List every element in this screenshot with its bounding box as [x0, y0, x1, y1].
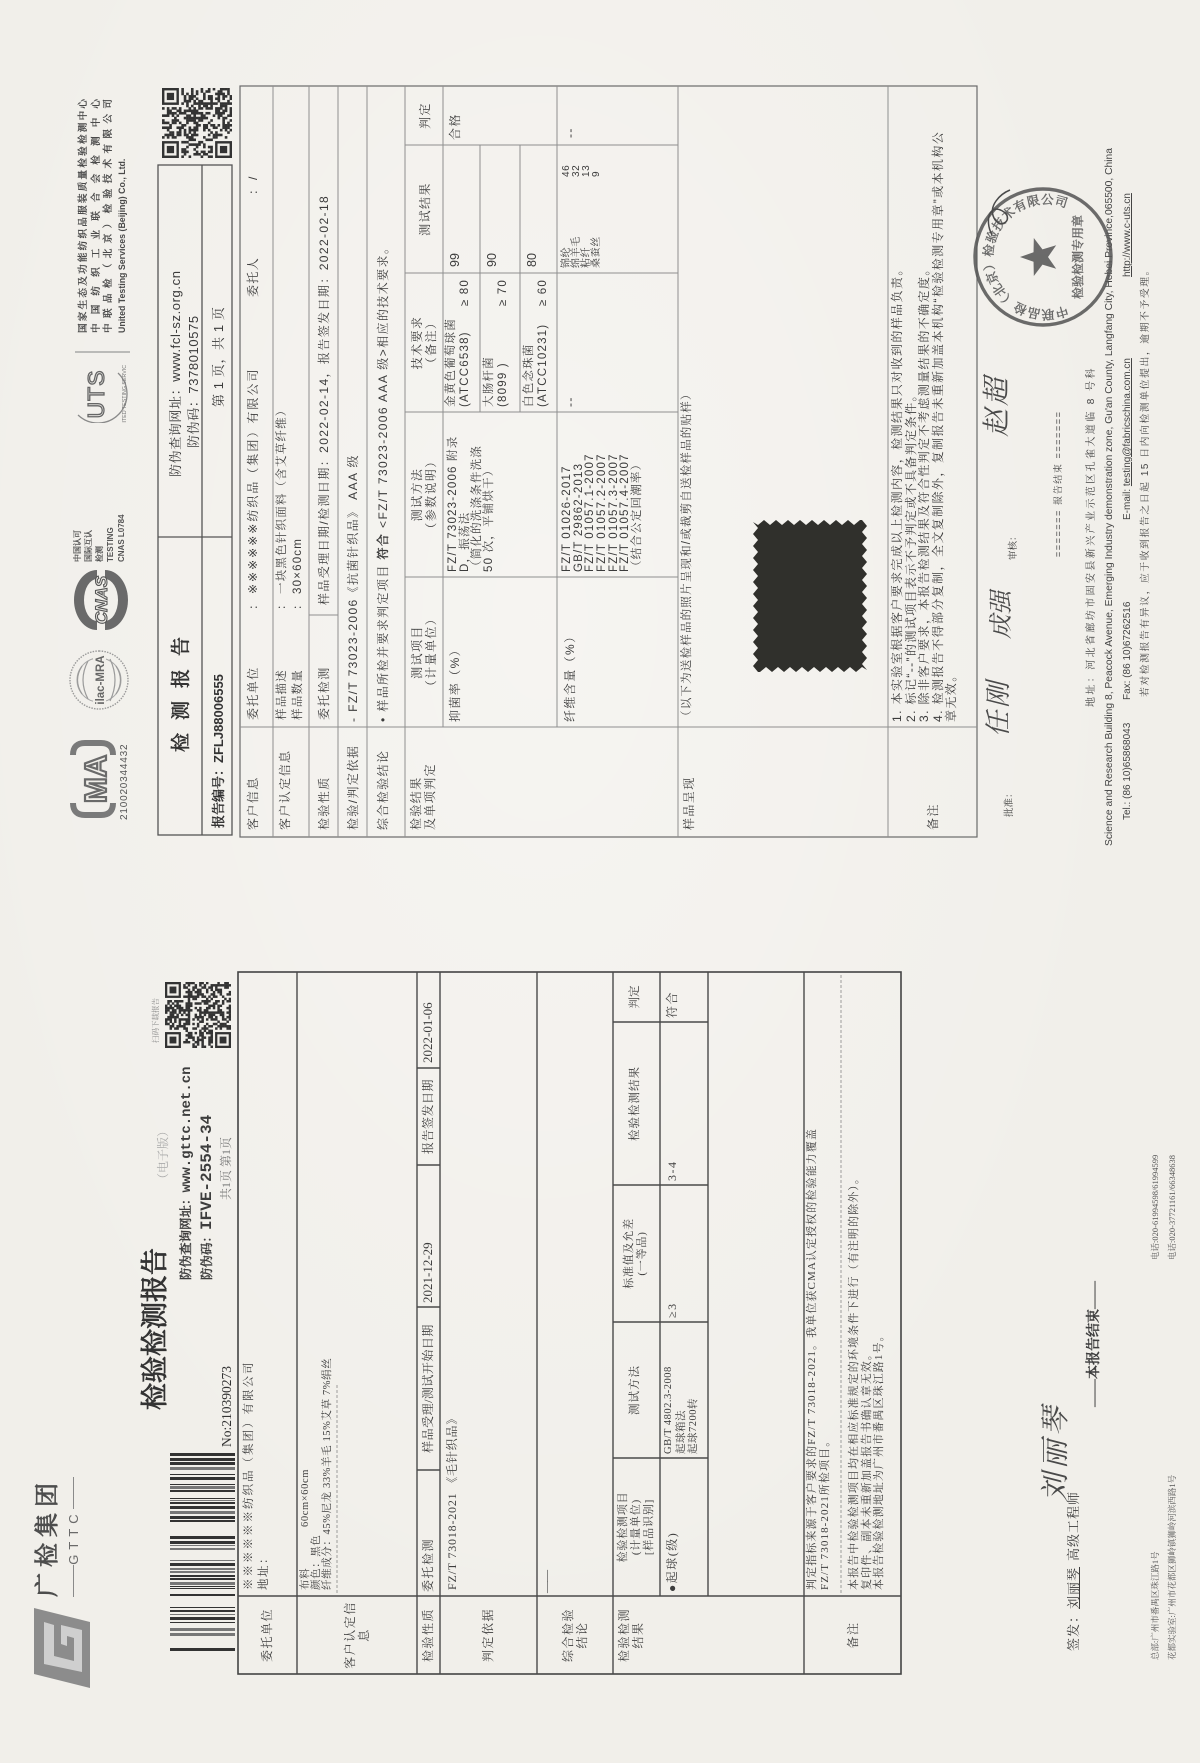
qr-module	[188, 1014, 190, 1016]
qr-module	[193, 107, 196, 110]
divider	[73, 1477, 74, 1509]
qr-module	[203, 95, 206, 98]
qr-module	[203, 143, 206, 146]
qr-module	[189, 107, 192, 110]
address-cn: 地址：河北省廊坊市固安县新兴产业示范区孔雀大道临 8 号科	[1086, 366, 1098, 707]
method-line: GB/T 4802.3-2008	[663, 1366, 676, 1454]
qr-module	[215, 995, 217, 997]
qr-module	[167, 1002, 169, 1004]
qr-module	[220, 989, 222, 991]
method-line: 50 次，平铺烘干）	[483, 436, 495, 572]
qr-module	[179, 134, 182, 137]
qr-module	[185, 1039, 187, 1041]
qr-module	[201, 986, 203, 988]
qr-module	[162, 119, 165, 122]
qr-module	[185, 1014, 187, 1016]
qr-module	[179, 129, 182, 132]
qr-module	[204, 995, 206, 997]
qr-module	[184, 151, 187, 154]
barcode-bar	[170, 1458, 235, 1461]
qr-module	[225, 124, 228, 127]
client-person: /	[246, 175, 260, 180]
qr-module	[174, 122, 177, 125]
qr-module	[215, 1018, 217, 1020]
qr-module	[172, 1016, 174, 1018]
qr-module	[215, 1027, 217, 1029]
qr-module	[181, 126, 184, 129]
qr-module	[204, 1009, 206, 1011]
qr-module	[230, 110, 232, 113]
qr-module	[203, 124, 206, 127]
qr-module	[208, 138, 211, 141]
qr-module	[213, 1002, 215, 1004]
requirement-organism: 大肠杆菌 (8099 )≥ 70	[483, 279, 510, 407]
qr-module	[230, 114, 232, 117]
qr-module	[179, 1007, 181, 1009]
qr-module	[191, 143, 194, 146]
qr-module	[222, 1016, 224, 1018]
edition-label: （电子版）	[156, 1125, 170, 1185]
qr-module	[197, 1002, 199, 1004]
qr-module	[217, 1007, 219, 1009]
anti-fake-url-line: 防伪查询网址：www.gttc.net.cn	[179, 1066, 196, 1280]
qr-module	[217, 991, 219, 993]
qr-module	[169, 112, 172, 115]
qr-module	[222, 117, 225, 120]
qr-module	[220, 1005, 222, 1007]
qr-module	[179, 1009, 181, 1011]
qr-module	[179, 122, 182, 125]
gttc-logo-icon	[34, 1608, 92, 1688]
qr-module	[224, 986, 226, 988]
item-pilling: ●起球(级)	[665, 1532, 679, 1592]
qr-module	[201, 114, 204, 117]
qr-module	[170, 1014, 172, 1016]
qr-module	[197, 993, 199, 995]
item-fiber-content: 纤维含量（%）	[563, 630, 577, 722]
inspection-dates: 样品受理日期/检测日期：2022-02-14，报告签发日期：2022-02-18	[317, 195, 331, 605]
label-inspection-basis: 检验/判定依据	[346, 745, 360, 830]
label-overall-conclusion: 综合检验 结论	[561, 1596, 589, 1674]
barcode-bar	[170, 1648, 235, 1651]
qr-module	[220, 114, 223, 117]
qr-module	[176, 114, 179, 117]
qr-module	[188, 1009, 190, 1011]
qr-module	[174, 1000, 176, 1002]
organism-requirement: ≥ 80	[459, 279, 473, 306]
qr-module	[208, 1011, 210, 1013]
qr-module	[208, 1000, 210, 1002]
qr-module	[189, 143, 192, 146]
qr-module	[211, 1025, 213, 1027]
qr-module	[201, 117, 204, 120]
qr-module	[191, 90, 194, 93]
qr-module	[203, 129, 206, 132]
anti-fake-code: IFVE-2554-34	[198, 1115, 216, 1230]
approve-signature: 任刚	[984, 679, 1015, 737]
qr-module	[170, 1025, 172, 1027]
qr-module	[189, 129, 192, 132]
qr-module	[201, 90, 204, 93]
qr-module	[208, 95, 211, 98]
qr-module	[188, 991, 190, 993]
qr-module	[190, 1036, 192, 1038]
org-name-line-en: United Testing Services (Beijing) Co., L…	[116, 99, 129, 333]
header-line: [样品识别]	[643, 1458, 656, 1596]
qr-module	[172, 1014, 174, 1016]
qr-module	[169, 131, 172, 134]
qr-module	[220, 107, 223, 110]
qr-module	[172, 1011, 174, 1013]
qr-module	[193, 148, 196, 151]
qr-module	[220, 1023, 222, 1025]
sample-desc: 一块黑色针织面料（含艾草纤维）	[276, 404, 290, 595]
note-line: 判定指标来源于客户要求的FZ/T 73018-2021。我单位获CMA认定授权的…	[806, 1128, 819, 1590]
qr-module	[197, 1041, 199, 1043]
qr-module	[229, 993, 231, 995]
qr-module	[211, 1032, 213, 1034]
qr-module	[184, 97, 187, 100]
qr-module	[186, 119, 189, 122]
qr-finder	[170, 987, 177, 994]
qr-module	[213, 114, 216, 117]
qr-module	[183, 986, 185, 988]
qr-module	[199, 1032, 201, 1034]
qr-module	[229, 1018, 231, 1020]
qr-module	[205, 90, 208, 93]
qr-module	[215, 131, 218, 134]
qr-module	[218, 97, 221, 100]
qr-module	[192, 1036, 194, 1038]
barcode-bar	[170, 1586, 235, 1587]
note-line: 本报告检验检测地址为广州市番禺区珠江路1号。	[873, 1172, 886, 1590]
qr-module	[186, 102, 189, 105]
qr-module	[222, 95, 225, 98]
qr-module	[193, 138, 196, 141]
qr-module	[199, 982, 201, 984]
qr-module	[167, 136, 170, 139]
report-number: ZFLJ88006555	[211, 674, 226, 763]
qr-module	[184, 124, 187, 127]
qr-module	[208, 986, 210, 988]
qr-module	[210, 131, 213, 134]
qr-module	[185, 1041, 187, 1043]
qr-module	[169, 134, 172, 137]
qr-module	[204, 984, 206, 986]
brand-name: 广检集团	[34, 1477, 63, 1597]
qr-module	[222, 1025, 224, 1027]
inspection-nature: 委托检测	[421, 1538, 435, 1592]
qr-module	[167, 122, 170, 125]
qr-finder	[170, 1037, 177, 1044]
qr-module	[227, 124, 230, 127]
qr-module	[196, 153, 199, 156]
qr-module	[218, 93, 221, 96]
label-sample-info: 客户认定信 息	[343, 1596, 371, 1674]
organization-name-block: 国家生态及功能纺织品服装质量检验检测中心 中国纺织工业联合会检测中心 中联品检（…	[78, 99, 129, 333]
qr-module	[167, 114, 170, 117]
qr-module	[184, 129, 187, 132]
qr-module	[185, 1030, 187, 1032]
qr-module	[183, 1009, 185, 1011]
qr-module	[181, 155, 184, 158]
qr-module	[204, 1030, 206, 1032]
header-verdict: 判定	[418, 86, 432, 145]
header-line: （备注）	[425, 273, 439, 412]
note-line: 本报告中检验检测项目均在相应标准规定的环境条件下进行（有注明的除外）。	[848, 1172, 861, 1590]
qr-module	[208, 112, 211, 115]
qr-module	[203, 102, 206, 105]
label-client: 委托单位	[260, 1596, 274, 1674]
qr-module	[213, 991, 215, 993]
fabric-swatch-image	[753, 520, 867, 672]
qr-module	[189, 117, 192, 120]
qr-module	[199, 989, 201, 991]
qr-module	[230, 107, 232, 110]
qr-caption: 扫码下载报告	[151, 998, 160, 1043]
qr-module	[213, 124, 216, 127]
qr-module	[165, 1011, 167, 1013]
qr-module	[215, 1002, 217, 1004]
qr-module	[220, 1014, 222, 1016]
qr-module	[195, 1016, 197, 1018]
qr-module	[201, 1039, 203, 1041]
method-line: 起球箱法	[676, 1366, 689, 1454]
qr-module	[226, 993, 228, 995]
anti-fake-url: www.gttc.net.cn	[179, 1066, 195, 1192]
colon: ：	[246, 182, 260, 195]
qr-module	[192, 1043, 194, 1045]
qr-module	[189, 131, 192, 134]
qr-module	[230, 95, 232, 98]
qr-module	[201, 1043, 203, 1045]
qr-module	[181, 112, 184, 115]
qr-module	[193, 153, 196, 156]
qr-module	[196, 93, 199, 96]
qr-module	[184, 148, 187, 151]
qr-module	[190, 1002, 192, 1004]
header-result: 检验检测结果	[629, 1022, 643, 1185]
qr-module	[205, 138, 208, 141]
qr-module	[208, 97, 211, 100]
organism-strain-row: (8099 )≥ 70	[497, 279, 511, 407]
qr-module	[185, 1009, 187, 1011]
qr-module	[192, 982, 194, 984]
qr-module	[206, 1018, 208, 1020]
seal-star-icon	[1020, 238, 1056, 276]
qr-module	[172, 112, 175, 115]
qr-module	[218, 114, 221, 117]
qr-module	[204, 1046, 206, 1048]
qr-module	[201, 151, 204, 154]
method-line: （简化的洗涤条件洗涤	[471, 436, 483, 572]
qr-module	[203, 146, 206, 149]
label-line: 息	[357, 1596, 371, 1674]
qr-module	[170, 1018, 172, 1020]
ilac-mark: ilac-MRA	[95, 655, 107, 704]
qr-module	[167, 1009, 169, 1011]
cnas-text-line: 检测	[94, 514, 105, 562]
qr-module	[188, 1020, 190, 1022]
qr-module	[185, 1005, 187, 1007]
report-number-label: 报告编号：	[211, 763, 226, 828]
qr-module	[181, 151, 184, 154]
qr-module	[208, 122, 211, 125]
qr-module	[192, 1039, 194, 1041]
qr-module	[226, 1011, 228, 1013]
qr-module	[217, 1005, 219, 1007]
qr-module	[226, 1020, 228, 1022]
cma-bracket	[73, 803, 113, 815]
qr-module	[215, 1023, 217, 1025]
issue-date: 2022-01-06	[420, 1002, 436, 1063]
qr-module	[195, 1007, 197, 1009]
qr-module	[183, 1041, 185, 1043]
qr-module	[198, 143, 201, 146]
qr-module	[170, 1007, 172, 1009]
qr-module	[197, 1036, 199, 1038]
verdict-fiber: --	[563, 127, 577, 138]
barcode-bar	[170, 1628, 235, 1631]
qr-module	[195, 995, 197, 997]
qr-module	[193, 119, 196, 122]
label-sample-info: 客户认定信息	[278, 750, 292, 830]
uts-mark: UTS	[83, 370, 109, 419]
qr-module	[227, 90, 230, 93]
qr-module	[176, 126, 179, 129]
qr-module	[192, 989, 194, 991]
qr-module	[218, 124, 221, 127]
qr-module	[174, 117, 177, 120]
footer-address: 花都实验室:广州市花都区狮岭镇狮岭河滨西路1号	[1167, 1475, 1177, 1660]
footer-phone: 电话:020-61994598/61994599	[1150, 1155, 1160, 1260]
label-inspection-nature: 检验性质	[317, 776, 331, 830]
qr-module	[230, 97, 232, 100]
qr-module	[181, 124, 184, 127]
client-unit-label: 委托单位	[246, 666, 260, 720]
qr-module	[191, 93, 194, 96]
qr-module	[215, 102, 218, 105]
qr-finder	[220, 1037, 227, 1044]
footer-email-label: E-mail:	[1122, 486, 1133, 520]
report-title: 检验检测报告	[139, 1248, 171, 1410]
qr-module	[183, 1025, 185, 1027]
qr-module	[172, 122, 175, 125]
qr-module	[206, 1032, 208, 1034]
qr-module	[165, 1005, 167, 1007]
method-line: FZ/T 73023-2006 附录	[447, 436, 459, 572]
qr-module	[208, 107, 211, 110]
qr-module	[185, 986, 187, 988]
qr-module	[176, 1002, 178, 1004]
anti-fake-url-label: 防伪查询网址：	[179, 1192, 193, 1280]
sample-desc-label: 样品描述	[276, 669, 290, 720]
qr-module	[188, 1002, 190, 1004]
qr-module	[220, 102, 223, 105]
qr-module	[220, 90, 223, 93]
header-line: （计量单位）	[425, 577, 439, 727]
barcode-bar	[170, 1588, 235, 1589]
qr-module	[189, 138, 192, 141]
qr-module	[230, 119, 232, 122]
qr-module	[193, 102, 196, 105]
qr-module	[196, 102, 199, 105]
qr-module	[170, 1020, 172, 1022]
barcode-bar	[170, 1622, 235, 1623]
header-line: 测试项目	[411, 577, 425, 727]
qr-module	[198, 119, 201, 122]
qr-module	[198, 112, 201, 115]
inspection-basis: - FZ/T 73023-2006《抗菌针织品》 AAA 级	[346, 454, 360, 722]
qr-module	[224, 984, 226, 986]
qr-module	[222, 1002, 224, 1004]
barcode-bar	[170, 1498, 235, 1499]
cnas-text-line: 国际互认	[83, 514, 94, 562]
qr-module	[225, 129, 228, 132]
qr-module	[229, 1005, 231, 1007]
qr-module	[211, 1016, 213, 1018]
qr-module	[181, 141, 184, 144]
qr-module	[227, 100, 230, 103]
qr-module	[195, 1046, 197, 1048]
qr-module	[229, 1014, 231, 1016]
qr-module	[191, 117, 194, 120]
qr-module	[185, 1027, 187, 1029]
qr-module	[181, 90, 184, 93]
qr-module	[203, 151, 206, 154]
qr-module	[181, 1000, 183, 1002]
qr-module	[224, 998, 226, 1000]
qr-module	[174, 1020, 176, 1022]
qr-module	[220, 993, 222, 995]
report-number: No:210390273	[219, 1366, 235, 1447]
qr-module	[201, 982, 203, 984]
qr-module	[222, 102, 225, 105]
qr-module	[227, 102, 230, 105]
qr-module	[189, 155, 192, 158]
label-judgment-basis: 判定依据	[481, 1596, 495, 1674]
qr-module	[215, 989, 217, 991]
barcode-bar	[170, 1571, 235, 1573]
qr-module	[224, 1025, 226, 1027]
qr-module	[215, 97, 218, 100]
qr-module	[211, 989, 213, 991]
note-item: 3. 除非客户要求，本报告检测结果及符合性判定不考虑测量结果的不确定度。	[918, 126, 932, 722]
qr-module	[220, 134, 223, 137]
qr-module	[215, 93, 218, 96]
colon: ：	[292, 597, 306, 610]
qr-module	[222, 124, 225, 127]
qr-module	[215, 134, 218, 137]
qr-module	[215, 1000, 217, 1002]
qr-module	[217, 984, 219, 986]
qr-module	[218, 117, 221, 120]
barcode-bar	[170, 1520, 235, 1522]
qr-module	[188, 1011, 190, 1013]
qr-module	[213, 134, 216, 137]
qr-module	[211, 1046, 213, 1048]
barcode-bar	[170, 1506, 235, 1509]
barcode-bar	[170, 1607, 235, 1608]
qr-module	[229, 1000, 231, 1002]
org-name-line: 国家生态及功能纺织品服装质量检验检测中心	[78, 99, 91, 333]
qr-module	[167, 112, 170, 115]
qr-module	[201, 1034, 203, 1036]
qr-module	[208, 1043, 210, 1045]
overall-conclusion: • 样品所检并要求判定项目 符合 <FZ/T 73023-2006 AAA 级>…	[376, 241, 390, 722]
qr-module	[201, 1020, 203, 1022]
qr-module	[184, 141, 187, 144]
